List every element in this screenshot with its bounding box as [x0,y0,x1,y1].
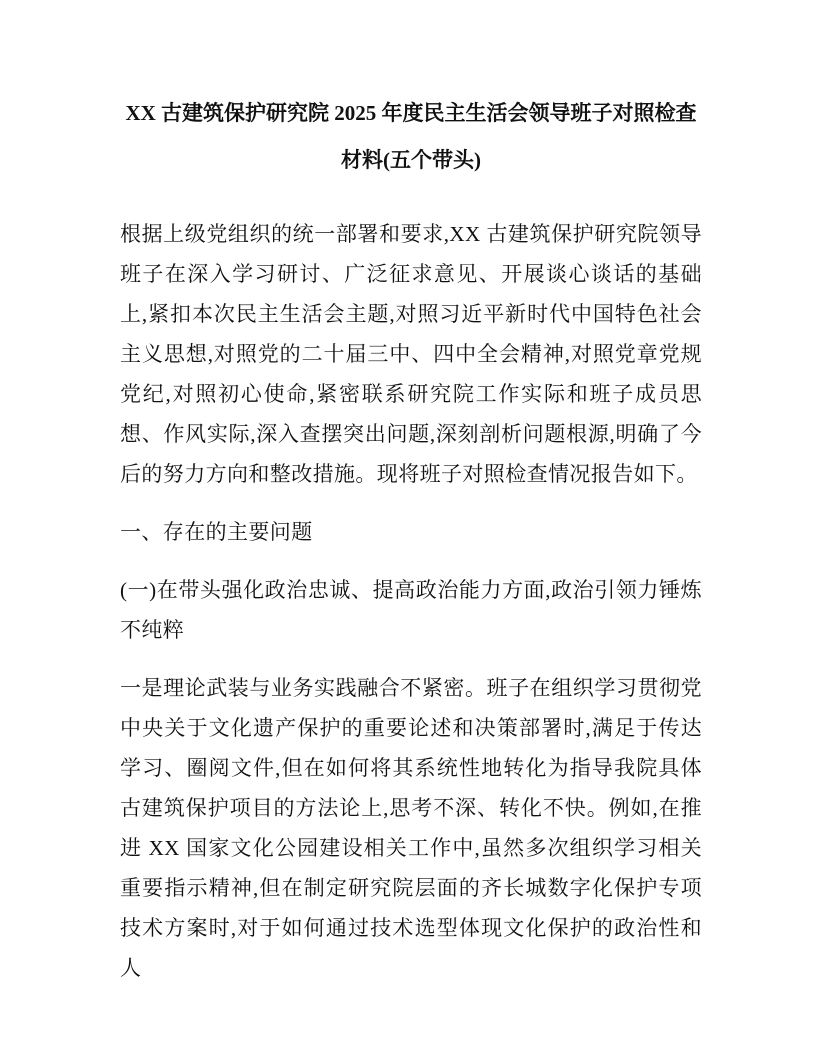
document-title: XX 古建筑保护研究院 2025 年度民主生活会领导班子对照检查材料(五个带头) [120,90,702,184]
section-1-body-paragraph: 一是理论武装与业务实践融合不紧密。班子在组织学习贯彻党中央关于文化遗产保护的重要… [120,668,702,988]
document-page: XX 古建筑保护研究院 2025 年度民主生活会领导班子对照检查材料(五个带头)… [0,0,816,1056]
section-1-heading: 一、存在的主要问题 [120,512,702,552]
intro-paragraph: 根据上级党组织的统一部署和要求,XX 古建筑保护研究院领导班子在深入学习研讨、广… [120,214,702,494]
section-1-subheading: (一)在带头强化政治忠诚、提高政治能力方面,政治引领力锤炼不纯粹 [120,570,702,650]
